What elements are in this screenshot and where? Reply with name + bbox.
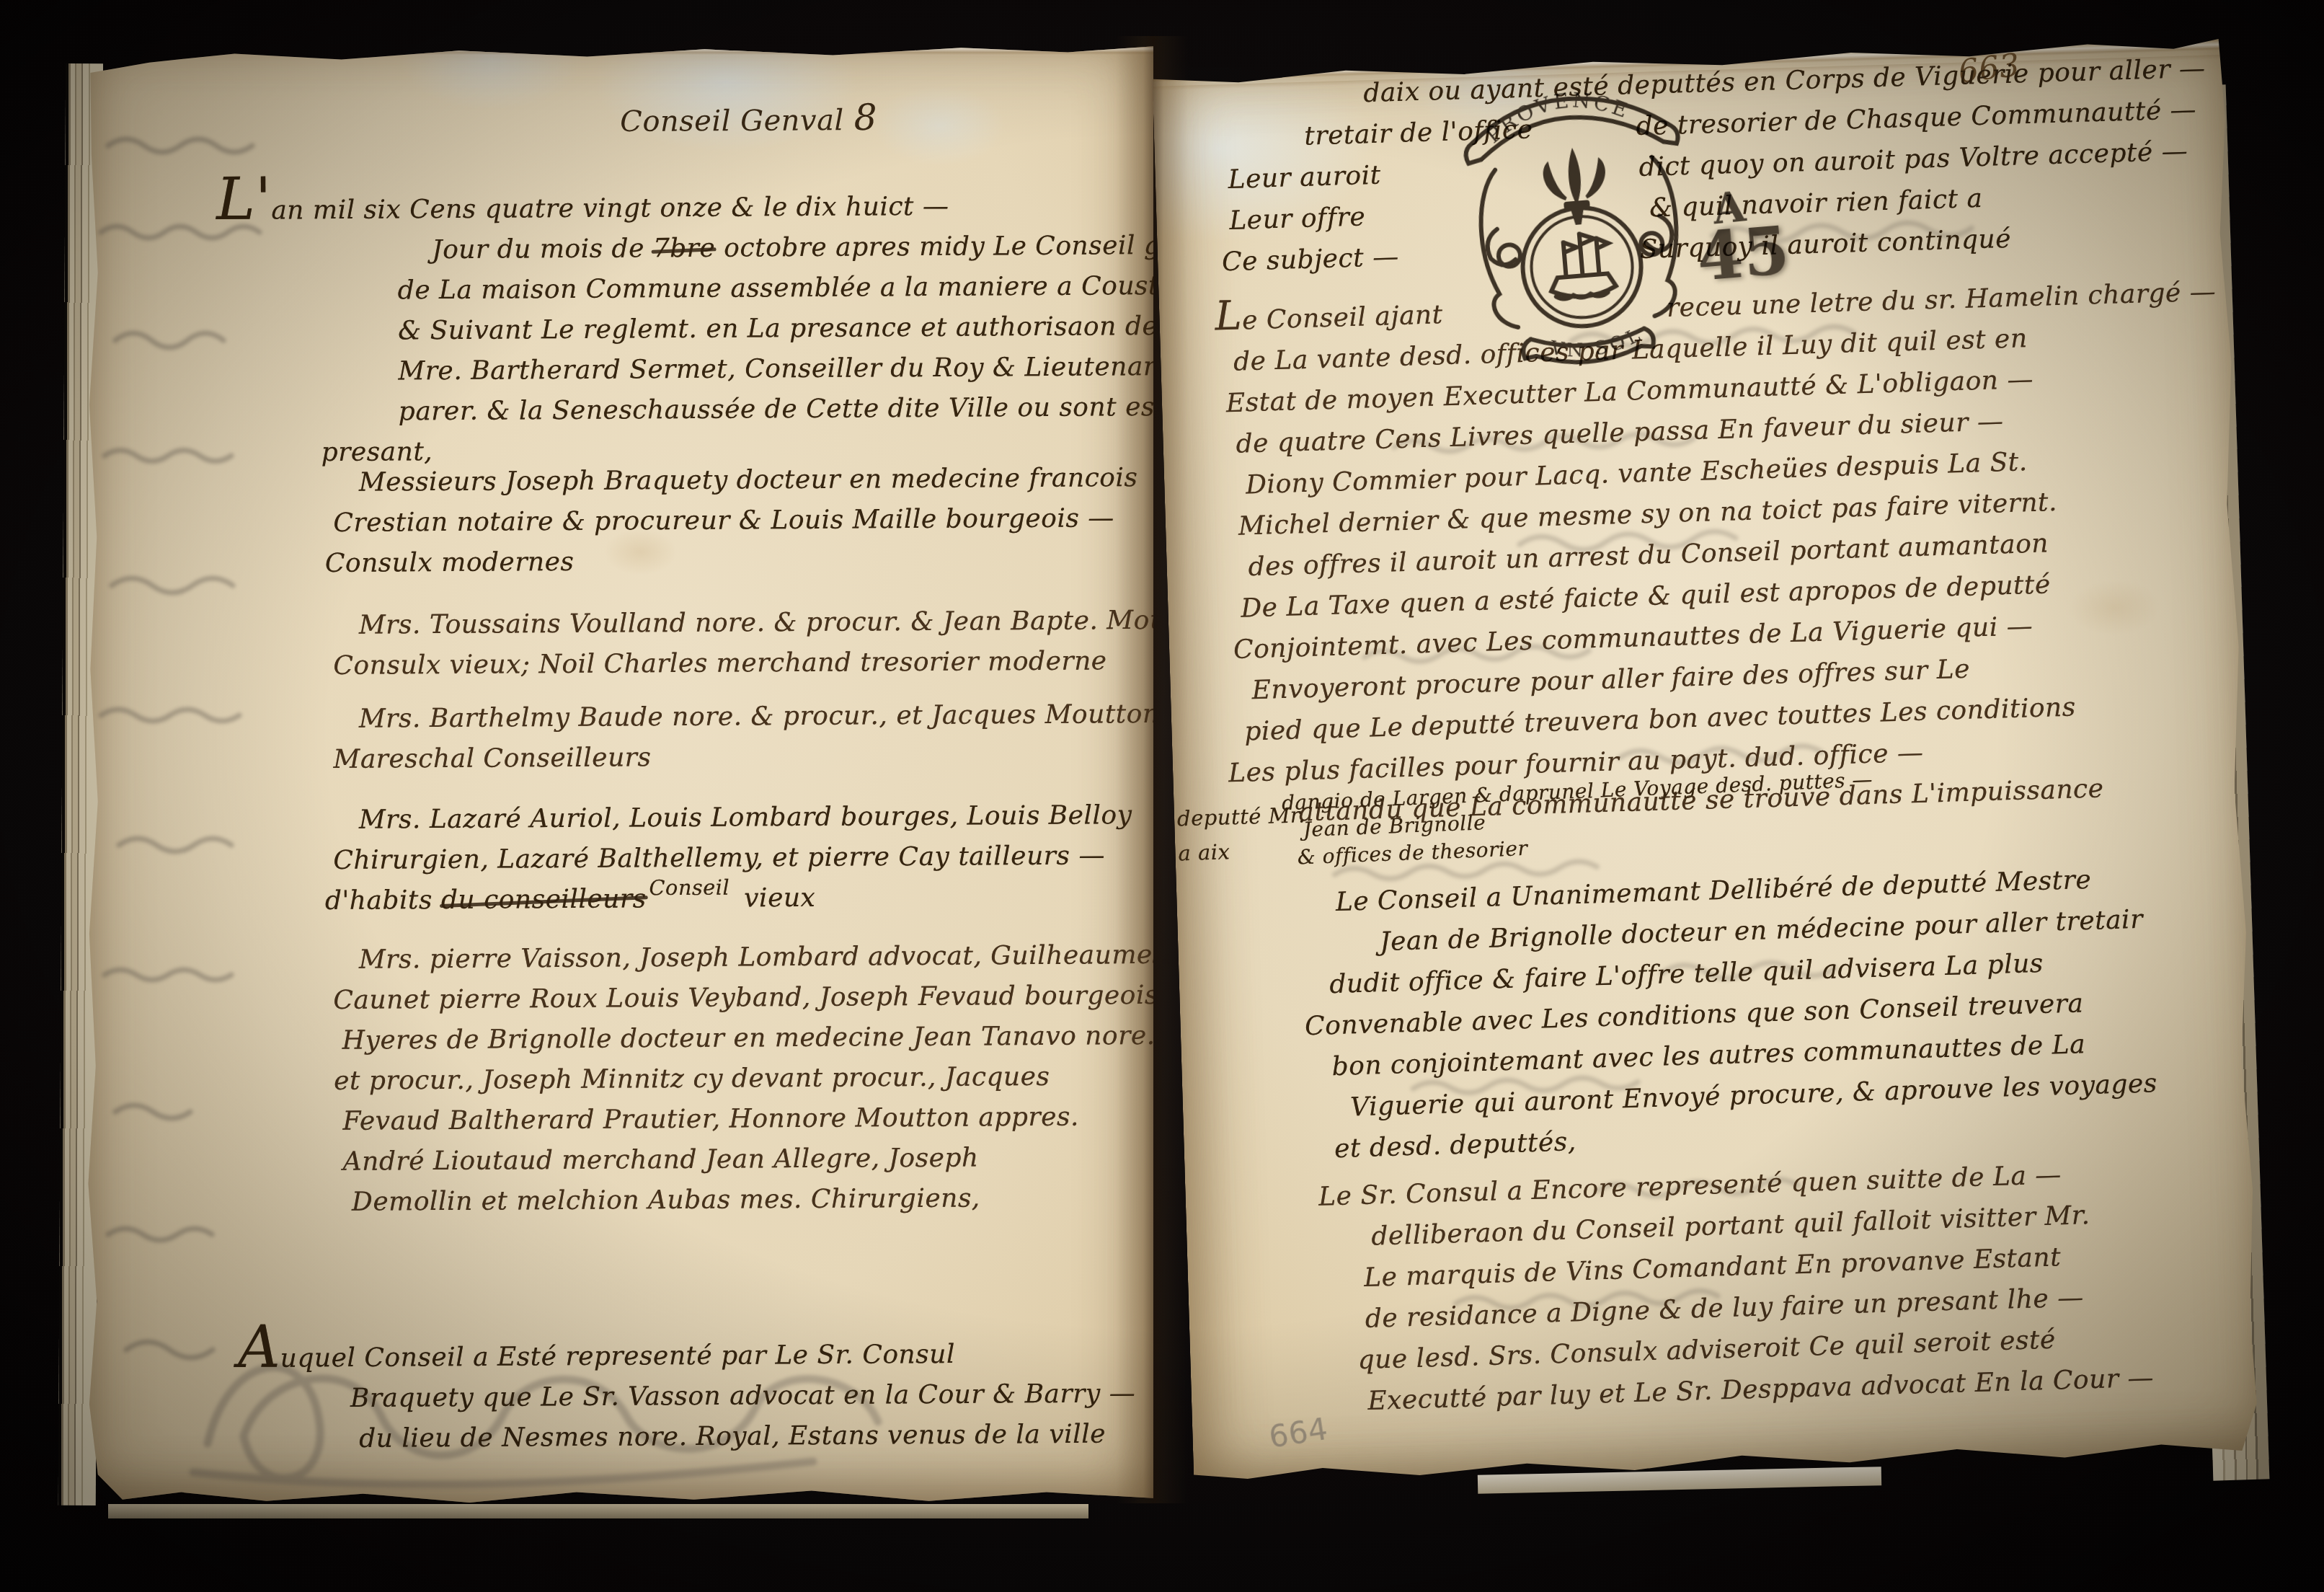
text-line: & Suivant Le reglemt. en La presance et … [217,306,1153,353]
text-after-correction: vieux [735,883,815,914]
text-line: Hyeres de Brignolle docteur en medecine … [325,1016,1153,1061]
svg-text:PROVENCE: PROVENCE [1478,83,1636,149]
paragraph-lines: Mrs. pierre Vaisson, Joseph Lombard advo… [324,935,1153,1223]
stamp-top-banner-text: PROVENCE [1478,83,1636,149]
stamp-bottom-banner-text: VN SOL [1546,322,1648,364]
paragraph-lines: Mrs. Barthelmy Baude nore. & procur., et… [324,694,1153,780]
text-line: Braquety que Le Sr. Vasson advocat en la… [238,1374,1135,1420]
text-after-correction: octobre apres midy Le Conseil general [715,230,1153,263]
paragraph-lines: Mrs. Toussains Voulland nore. & procur. … [324,600,1153,686]
page-heading: Conseil Genval8 [620,97,877,140]
paragraph-deliberation: Le Conseil a Unanimemant Dellibéré de de… [1232,857,2160,1172]
text-line: Mrs. pierre Vaisson, Joseph Lombard advo… [324,935,1153,981]
text-before-correction: Jour du mois de [216,234,652,266]
paragraph-consuls-modernes: Messieurs Joseph Braquety docteur en med… [324,458,1138,584]
text-line: Crestian notaire & procureur & Louis Mai… [324,498,1138,544]
paragraph-lettre-hamelin: Le Conseil ajant receu une letre du sr. … [1215,271,2232,835]
text-line-corrected: d'habits du conseilleursConseil vieux [325,876,1133,922]
struck-words: du conseilleurs [441,884,647,915]
struck-word: 7bre [653,234,716,264]
text-line: de La maison Commune assemblée a la mani… [217,265,1153,312]
heading-flourish: 8 [844,97,878,138]
text-line: Consulx vieux; Noil Charles merchand tre… [324,640,1153,686]
heading-text: Conseil Genval [620,104,844,138]
text-line: Mareschal Conseilleurs [324,735,1153,780]
paragraph-lines: Le Conseil a Unanimemant Dellibéré de de… [1232,857,2160,1172]
text-line: Mre. Bartherard Sermet, Conseiller du Ro… [217,346,1153,393]
right-page: 663 daix ou ayant esté deputtés en Corps… [1152,33,2269,1492]
paragraph-conseil-vieux: Mrs. Lazaré Auriol, Louis Lombard bourge… [324,795,1132,922]
text-before-correction: d'habits [325,885,441,916]
paragraph-opening: L'an mil six Cens quatre vingt onze & le… [216,172,1153,474]
paragraph-lines: Le Sr. Consul a Encore representé quen s… [1241,1152,2155,1425]
paragraph-habitants: Mrs. pierre Vaisson, Joseph Lombard advo… [324,935,1153,1223]
text-line: Auquel Conseil a Esté representé par Le … [238,1321,1135,1379]
paragraph-lines: Le Conseil ajant receu une letre du sr. … [1215,271,2232,835]
text-line-corrected: Jour du mois de 7bre octobre apres midy … [216,225,1153,272]
paragraph-conseillers: Mrs. Barthelmy Baude nore. & procur., et… [324,694,1153,780]
text-line: L'an mil six Cens quatre vingt onze & le… [216,172,1153,231]
paragraph-lines: Messieurs Joseph Braquety docteur en med… [324,458,1138,584]
left-page: Conseil Genval8 L'an mil six Cens quatre… [85,37,1153,1507]
manuscript-scan: { "left_page": { "heading": "Conseil Gen… [0,0,2324,1592]
text-line: du lieu de Nesmes nore. Royal, Estans ve… [239,1414,1136,1460]
text-line: Caunet pierre Roux Louis Veyband, Joseph… [324,976,1153,1021]
text-line: Fevaud Baltherard Prautier, Honnore Mout… [325,1097,1153,1142]
fiscal-stamp: PROVENCE VN SOL [1448,69,1709,384]
paragraph-consuls-vieux: Mrs. Toussains Voulland nore. & procur. … [324,600,1153,686]
paragraph-lines: Mrs. Lazaré Auriol, Louis Lombard bourge… [324,795,1132,881]
text-line: Chirurgien, Lazaré Balthellemy, et pierr… [324,836,1132,881]
text-line: parer. & la Seneschaussée de Cette dite … [218,386,1153,433]
paragraph-lines: de La maison Commune assemblée a la mani… [217,265,1153,474]
paragraph-representation: Auquel Conseil a Esté representé par Le … [238,1321,1136,1460]
paragraph-lines: Auquel Conseil a Esté representé par Le … [238,1321,1136,1460]
stamp-mark-number: 45 [1694,211,1792,296]
text-line: Mrs. Barthelmy Baude nore. & procur., et… [324,694,1153,740]
interlinear-insertion: Conseil [649,875,729,901]
paragraph-consul-report: Le Sr. Consul a Encore representé quen s… [1241,1152,2155,1425]
text-line: Mrs. Lazaré Auriol, Louis Lombard bourge… [324,795,1132,841]
text-line: Messieurs Joseph Braquety docteur en med… [324,458,1138,503]
text-line: et procur., Joseph Minnitz cy devant pro… [325,1056,1153,1102]
text-line: Consulx modernes [325,539,1139,584]
text-line: Demollin et melchion Aubas mes. Chirurgi… [326,1177,1153,1223]
svg-text:VN SOL: VN SOL [1546,322,1648,364]
text-line: André Lioutaud merchand Jean Allegre, Jo… [326,1137,1153,1182]
text-line: Mrs. Toussains Voulland nore. & procur. … [324,600,1153,646]
under-page-edge-left [108,1504,1088,1518]
